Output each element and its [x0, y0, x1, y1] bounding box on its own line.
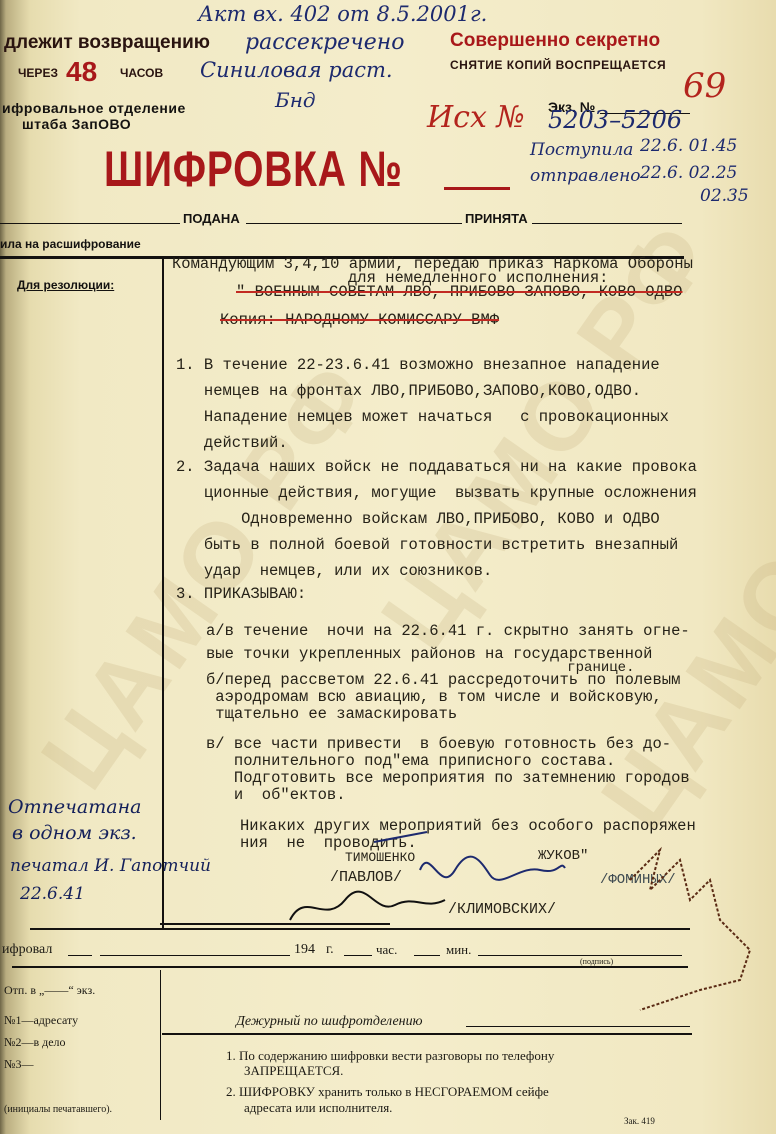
- paragraph-1: 1. В течение 22-23.6.41 возможно внезапн…: [176, 352, 669, 456]
- submitted-label: ПОДАНА: [183, 211, 240, 226]
- p2-line: быть в полной боевой готовности встретит…: [176, 532, 697, 558]
- margin-note-copies: в одном экз.: [12, 822, 137, 844]
- copy3-label: №3—: [4, 1057, 33, 1072]
- department-line2: штаба ЗапОВО: [22, 116, 131, 132]
- year-suffix: г.: [326, 942, 334, 958]
- day-field[interactable]: [68, 955, 92, 956]
- p3c-line: полнительного под"ема приписного состава…: [206, 753, 690, 770]
- order-number: Зак. 419: [624, 1116, 655, 1126]
- struck-copy-line: Копия: НАРОДНОМУ КОМИССАРУ ВМФ: [220, 310, 499, 330]
- received-value: 22.6. 01.45: [640, 136, 737, 156]
- p2-line: Одновременно войскам ЛВО,ПРИБОВО, КОВО и…: [176, 506, 697, 532]
- outgoing-handwritten: Исх №: [427, 100, 525, 135]
- p3c-line: Подготовить все мероприятия по затемнени…: [206, 770, 690, 787]
- within-label: ЧЕРЕЗ: [18, 66, 58, 80]
- year-prefix: 194: [294, 942, 315, 958]
- margin-note-typist: печатал И. Гапотчий: [10, 856, 211, 876]
- minute-field[interactable]: [414, 955, 440, 956]
- timoshenko-signature-icon: [372, 828, 432, 848]
- signature-rule-left: [160, 923, 390, 925]
- p3b-line: б/перед рассветом 22.6.41 рассредоточить…: [206, 672, 680, 689]
- signature-field[interactable]: [478, 955, 682, 956]
- submitted-line: [0, 223, 180, 224]
- paragraph-3c: в/ все части привести в боевую готовност…: [206, 736, 690, 804]
- hours-value: 48: [66, 56, 97, 88]
- p1-line: Нападение немцев может начаться с провок…: [176, 404, 669, 430]
- p2-line: удар немцев, или их союзников.: [176, 558, 697, 584]
- p3-heading: 3. ПРИКАЗЫВАЮ:: [176, 584, 306, 604]
- rule2-line1: 2. ШИФРОВКУ хранить только в НЕСГОРАЕМОМ…: [226, 1084, 549, 1100]
- p3c-line: и об"ектов.: [206, 787, 690, 804]
- sent-value: 22.6. 02.25: [640, 163, 737, 183]
- p1-line: действий.: [176, 430, 669, 456]
- struck-recipient-line: " ВОЕННЫМ СОВЕТАМ ЛВО, ПРИБОВО ЗАПОВО, К…: [236, 282, 682, 302]
- month-field[interactable]: [100, 955, 290, 956]
- copy1-label: №1—адресату: [4, 1013, 78, 1028]
- frame-bottom-rule: [30, 928, 690, 930]
- sent-label: отправлено: [530, 166, 641, 186]
- p1-line: немцев на фронтах ЛВО,ПРИБОВО,ЗАПОВО,КОВ…: [176, 378, 669, 404]
- p3a-line: а/в течение ночи на 22.6.41 г. скрытно з…: [206, 618, 690, 644]
- encrypted-row-rule: [12, 966, 688, 968]
- fominykh-signature-icon: [600, 840, 776, 1020]
- rule1-line1: 1. По содержанию шифровки вести разговор…: [226, 1048, 554, 1064]
- rule2-line2: адресата или исполнителя.: [244, 1100, 392, 1116]
- resolution-label: Для резолюции:: [17, 278, 114, 292]
- p3b-line: тщательно ее замаскировать: [206, 706, 680, 723]
- copy2-label: №2—в дело: [4, 1035, 66, 1050]
- received-label: Поступила: [530, 140, 633, 160]
- duty-officer-label: Дежурный по шифротделению: [236, 1014, 422, 1030]
- classification-label: Совершенно секретно: [450, 30, 660, 52]
- handwritten-declassified-note: рассекречено: [245, 30, 405, 55]
- footer-divider: [160, 970, 161, 1120]
- minute-label: мин.: [446, 942, 471, 958]
- copy-prohibited-label: СНЯТИЕ КОПИЙ ВОСПРЕЩАЕТСЯ: [450, 58, 666, 72]
- accepted-line-left: [246, 223, 462, 224]
- frame-divider: [162, 256, 164, 928]
- paragraph-3a: а/в течение ночи на 22.6.41 г. скрытно з…: [206, 618, 690, 672]
- hour-label: час.: [376, 942, 397, 958]
- paragraph-3b: б/перед рассветом 22.6.41 рассредоточить…: [206, 672, 680, 723]
- margin-note-date: 22.6.41: [20, 884, 85, 904]
- department-line1: ифровальное отделение: [2, 100, 186, 116]
- accepted-line-right: [532, 223, 682, 224]
- hour-field[interactable]: [344, 955, 372, 956]
- signatory-klimovskikh: /КЛИМОВСКИХ/: [448, 900, 556, 920]
- sent-value-2: 02.35: [700, 186, 749, 206]
- rule1-line2: ЗАПРЕЩАЕТСЯ.: [244, 1063, 343, 1079]
- signatory-timoshenko: ТИМОШЕНКО: [345, 848, 415, 868]
- signature-caption: (подпись): [580, 957, 613, 966]
- p2-line: 2. Задача наших войск не поддаваться ни …: [176, 454, 697, 480]
- decryption-label: ила на расшифрование: [0, 237, 141, 251]
- encrypted-by-label: ифровал: [2, 942, 52, 958]
- handwritten-note: Синиловая раст.: [200, 58, 393, 82]
- hours-label: ЧАСОВ: [120, 66, 163, 80]
- p3b-line: аэродромам всю авиацию, в том числе и во…: [206, 689, 680, 706]
- accepted-label: ПРИНЯТА: [465, 211, 528, 226]
- outgoing-number: 5203–5206: [548, 106, 682, 134]
- red-sheet-number: 69: [683, 66, 726, 106]
- duty-officer-field[interactable]: [466, 1026, 690, 1027]
- handwritten-act-note: Акт вх. 402 от 8.5.2001г.: [198, 2, 487, 26]
- handwritten-signature: Бнд: [275, 88, 316, 112]
- return-notice: длежит возвращению: [4, 32, 210, 54]
- p1-line: 1. В течение 22-23.6.41 возможно внезапн…: [176, 352, 669, 378]
- footer-rule: [162, 1033, 692, 1035]
- p2-line: ционные действия, могущие вызвать крупны…: [176, 480, 697, 506]
- margin-note-printed: Отпечатана: [8, 796, 141, 818]
- p3c-line: в/ все части привести в боевую готовност…: [206, 736, 690, 753]
- document-title: ШИФРОВКА №: [104, 140, 403, 198]
- typist-initials-label: (инициалы печатавшего).: [4, 1104, 112, 1115]
- printed-copies-label: Отп. в „——“ экз.: [4, 983, 95, 998]
- closing-line: Никаких других мероприятий без особого р…: [240, 818, 696, 835]
- paragraph-2: 2. Задача наших войск не поддаваться ни …: [176, 454, 697, 584]
- title-number-line: [444, 187, 510, 190]
